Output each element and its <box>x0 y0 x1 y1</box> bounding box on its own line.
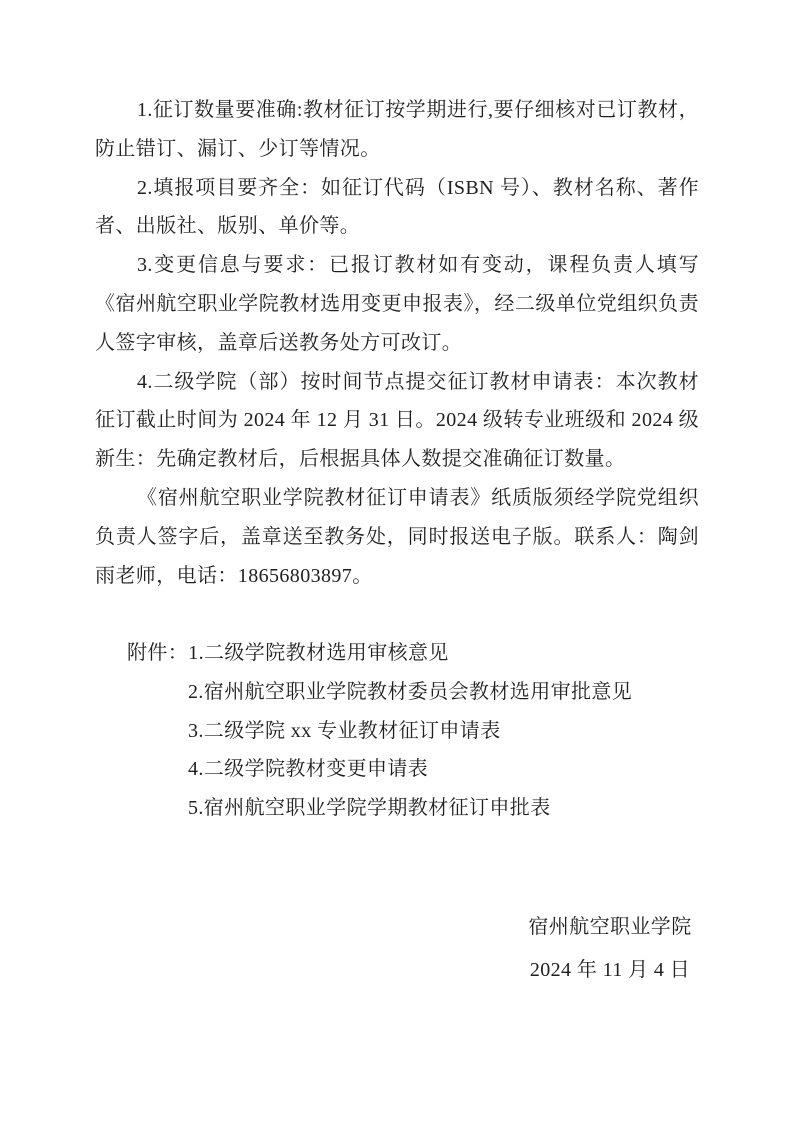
paragraph-change-requirements: 3.变更信息与要求：已报订教材如有变动，课程负责人填写《宿州航空职业学院教材选用… <box>95 246 699 362</box>
attachments-label: 附件： <box>127 642 188 664</box>
paragraph-order-quantity: 1.征订数量要准确:教材征订按学期进行,要仔细核对已订教材，防止错订、漏订、少订… <box>95 91 699 169</box>
attachment-item-2: 2.宿州航空职业学院教材委员会教材选用审批意见 <box>95 673 699 712</box>
paragraph-form-completeness: 2.填报项目要齐全：如征订代码（ISBN 号）、教材名称、著作者、出版社、版别、… <box>95 169 699 247</box>
paragraph-submission-deadline: 4.二级学院（部）按时间节点提交征订教材申请表：本次教材征订截止时间为 2024… <box>95 363 699 479</box>
attachment-item-1: 1.二级学院教材选用审核意见 <box>188 642 449 664</box>
attachments-section: 附件：1.二级学院教材选用审核意见 2.宿州航空职业学院教材委员会教材选用审批意… <box>95 634 699 828</box>
paragraph-contact-info: 《宿州航空职业学院教材征订申请表》纸质版须经学院党组织负责人签字后，盖章送至教务… <box>95 479 699 595</box>
attachment-line-1: 附件：1.二级学院教材选用审核意见 <box>95 634 699 673</box>
attachment-item-3: 3.二级学院 xx 专业教材征订申请表 <box>95 712 699 751</box>
attachment-item-4: 4.二级学院教材变更申请表 <box>95 750 699 789</box>
attachment-item-5: 5.宿州航空职业学院学期教材征订申批表 <box>95 789 699 828</box>
document-body: 1.征订数量要准确:教材征订按学期进行,要仔细核对已订教材，防止错订、漏订、少订… <box>95 91 699 595</box>
signature-organization: 宿州航空职业学院 <box>522 906 698 949</box>
signature-date: 2024 年 11 月 4 日 <box>522 949 698 992</box>
document-page: 1.征订数量要准确:教材征订按学期进行,要仔细核对已订教材，防止错订、漏订、少订… <box>0 0 793 1122</box>
signature-block: 宿州航空职业学院 2024 年 11 月 4 日 <box>522 906 698 992</box>
